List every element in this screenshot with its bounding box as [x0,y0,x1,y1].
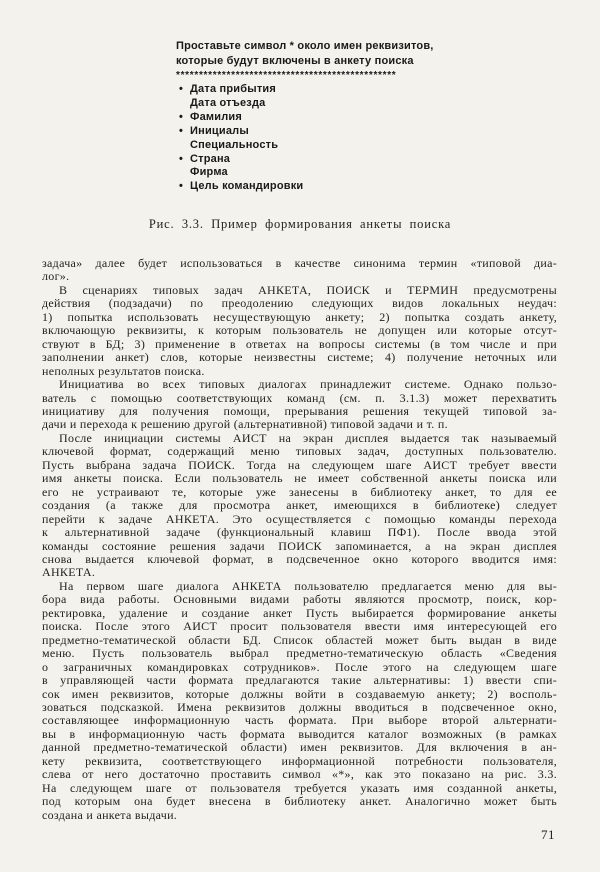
body-line: АНКЕТА. [42,566,557,579]
figure-item: •Фамилия [176,111,434,125]
figure-item-label: Дата отъезда [190,97,265,111]
body-text: задача» далее будет использоваться в кач… [42,257,557,822]
bullet-icon: • [179,111,190,125]
body-line: На первом шаге диалога АНКЕТА пользовате… [42,580,557,593]
bullet-spacer [179,97,190,111]
figure-item-label: Страна [190,153,230,167]
figure-item-label: Цель командировки [190,180,303,194]
body-line: меню. Пусть пользователь выбрал предметн… [42,647,557,660]
body-line: поиска. После этого АИСТ просит пользова… [42,620,557,633]
body-line: данной предметно-тематической области) и… [42,741,557,754]
bullet-icon: • [179,153,190,167]
body-line: кету реквизита, соответствующего информа… [42,755,557,768]
body-line: ватель с помощью соответствующих команд … [42,392,557,405]
figure-item: Фирма [176,166,434,180]
figure-item: •Инициалы [176,125,434,139]
figure-item-label: Инициалы [190,125,249,139]
figure-prompt-line-2: которые будут включены в анкету поиска [176,54,434,69]
figure-item: Специальность [176,139,434,153]
body-line: снова выдается ключевой формат, в подсве… [42,553,557,566]
body-line: лог». [42,270,557,283]
bullet-spacer [179,166,190,180]
figure-item-label: Дата прибытия [190,83,276,97]
body-line: предметно-тематической области БД. Списо… [42,634,557,647]
body-line: о заграничных командировках сотрудников»… [42,661,557,674]
body-line: неполных результатов поиска. [42,365,557,378]
body-line: создания (а также для просмотра анкет, и… [42,499,557,512]
body-line: в управляющей части формата предлагаются… [42,674,557,687]
body-line: его не устраивают те, которые уже занесе… [42,486,557,499]
figure-item-label: Специальность [190,139,278,153]
body-line: После инициации системы АИСТ на экран ди… [42,432,557,445]
body-line: задача» далее будет использоваться в кач… [42,257,557,270]
body-line: создана и анкета выдачи. [42,809,557,822]
figure-item-label: Фирма [190,166,228,180]
bullet-icon: • [179,180,190,194]
figure-item: •Дата прибытия [176,83,434,97]
bullet-spacer [179,139,190,153]
body-line: имя анкеты поиска. Если пользователь не … [42,472,557,485]
body-line: команды состояние решения задачи ПОИСК з… [42,540,557,553]
body-line: ствуют в БД; 3) применение в ответах на … [42,338,557,351]
figure-item-list: •Дата прибытияДата отъезда•Фамилия•Иници… [176,83,434,194]
figure-prompt-line-1: Проставьте символ * около имен реквизито… [176,39,434,54]
body-line: На следующем шаге от пользователя требуе… [42,782,557,795]
body-line: бора вида работы. Основными видами работ… [42,593,557,606]
body-line: В сценариях типовых задач АНКЕТА, ПОИСК … [42,284,557,297]
page-number: 71 [541,827,555,843]
figure-item: •Страна [176,153,434,167]
body-line: под которым она будет внесена в библиоте… [42,795,557,808]
body-line: вы в информационную часть формата выводи… [42,728,557,741]
body-line: перейти к задаче АНКЕТА. Это осуществляе… [42,513,557,526]
body-line: инициативу для получения помощи, прерыва… [42,405,557,418]
body-line: к альтернативной задаче (функциональный … [42,526,557,539]
body-line: ключевой формат, содержащий меню типовых… [42,445,557,458]
body-line: Инициатива во всех типовых диалогах прин… [42,378,557,391]
body-line: Пусть выбрана задача ПОИСК. Тогда на сле… [42,459,557,472]
figure-item-label: Фамилия [190,111,242,125]
book-page: Проставьте символ * около имен реквизито… [0,0,600,872]
body-line: дачи и перехода к решению другой (альтер… [42,418,557,431]
body-line: ректировка, удаление и создание анкет Пу… [42,607,557,620]
body-line: сок имен реквизитов, которые должны войт… [42,688,557,701]
body-line: заполнении анкет) слов, которые неизвест… [42,351,557,364]
body-line: зоваться подсказкой. Имена реквизитов до… [42,701,557,714]
figure-item: Дата отъезда [176,97,434,111]
body-line: слева от него достаточно проставить симв… [42,768,557,781]
body-line: включающую реквизиты, к которым пользова… [42,324,557,337]
body-line: составляющее информационную часть формат… [42,714,557,727]
body-line: 1) попытка использовать несуществующую а… [42,311,557,324]
figure-caption: Рис. 3.3. Пример формирования анкеты пои… [0,217,600,232]
figure-separator: ****************************************… [176,69,434,82]
body-line: действия (подзадачи) по преодолению след… [42,297,557,310]
bullet-icon: • [179,83,190,97]
figure-3-3: Проставьте символ * около имен реквизито… [176,39,434,194]
figure-item: •Цель командировки [176,180,434,194]
bullet-icon: • [179,125,190,139]
